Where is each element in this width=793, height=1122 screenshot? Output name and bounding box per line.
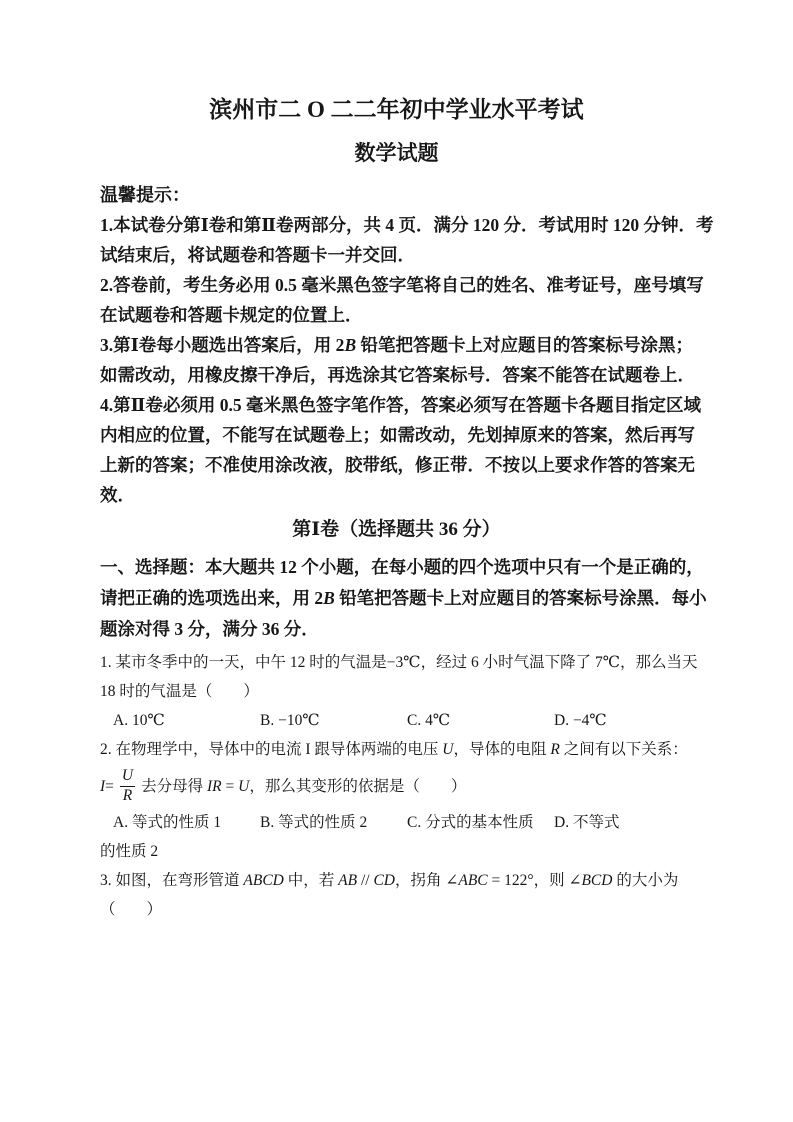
question-3: 3. 如图，在弯形管道 ABCD 中，若 AB // CD，拐角 ∠ABC = … <box>100 866 693 924</box>
q1-text-line-2: 18 时的气温是（ ） <box>100 677 693 706</box>
notice-line-8: 内相应的位置，不能写在试题卷上；如需改动，先划掉原来的答案，然后再写 <box>100 420 693 450</box>
multiple-choice-intro: 一、选择题：本大题共 12 个小题，在每小题的四个选项中只有一个是正确的， 请把… <box>100 552 693 645</box>
question-2: 2. 在物理学中，导体中的电流 I 跟导体两端的电压 U，导体的电阻 R 之间有… <box>100 735 693 866</box>
notice-line-4: 在试题卷和答题卡规定的位置上． <box>100 300 693 330</box>
notice-section: 温馨提示： 1.本试卷分第Ⅰ卷和第Ⅱ卷两部分，共 4 页．满分 120 分．考试… <box>100 180 693 510</box>
notice-line-10: 效． <box>100 480 693 510</box>
q2-formula-line: I = U R 去分母得 IR = U，那么其变形的依据是（ ） <box>100 764 693 808</box>
intro-line-1: 一、选择题：本大题共 12 个小题，在每小题的四个选项中只有一个是正确的， <box>100 552 693 583</box>
q1-option-d: D. −4℃ <box>554 706 607 735</box>
notice-line-2: 试结束后，将试题卷和答题卡一并交回． <box>100 240 693 270</box>
question-1: 1. 某市冬季中的一天，中午 12 时的气温是−3℃，经过 6 小时气温下降了 … <box>100 648 693 735</box>
notice-line-1: 1.本试卷分第Ⅰ卷和第Ⅱ卷两部分，共 4 页．满分 120 分．考试用时 120… <box>100 210 693 240</box>
q2-option-a: A. 等式的性质 1 <box>113 808 260 837</box>
exam-paper-page: 滨州市二 O 二二年初中学业水平考试 数学试题 温馨提示： 1.本试卷分第Ⅰ卷和… <box>0 0 793 1122</box>
formula-equals-sign: = <box>105 772 114 801</box>
q1-text-line-1: 1. 某市冬季中的一天，中午 12 时的气温是−3℃，经过 6 小时气温下降了 … <box>100 648 693 677</box>
exam-subtitle: 数学试题 <box>100 138 693 168</box>
notice-line-7: 4.第Ⅱ卷必须用 0.5 毫米黑色签字笔作答，答案必须写在答题卡各题目指定区域 <box>100 390 693 420</box>
q2-formula-rest: 去分母得 IR = U，那么其变形的依据是（ ） <box>141 772 466 801</box>
notice-line-5: 3.第Ⅰ卷每小题选出答案后，用 2B 铅笔把答题卡上对应题目的答案标号涂黑； <box>100 330 693 360</box>
q3-text-line-1: 3. 如图，在弯形管道 ABCD 中，若 AB // CD，拐角 ∠ABC = … <box>100 866 693 895</box>
intro-line-3: 题涂对得 3 分，满分 36 分． <box>100 614 693 645</box>
notice-heading: 温馨提示： <box>100 180 693 210</box>
exam-title: 滨州市二 O 二二年初中学业水平考试 <box>100 95 693 125</box>
fraction: U R <box>119 767 136 805</box>
q2-option-d-continuation: 的性质 2 <box>100 837 693 866</box>
q2-option-b: B. 等式的性质 2 <box>260 808 407 837</box>
section1-heading: 第Ⅰ卷（选择题共 36 分） <box>100 515 693 545</box>
q2-text-line-1: 2. 在物理学中，导体中的电流 I 跟导体两端的电压 U，导体的电阻 R 之间有… <box>100 735 693 764</box>
notice-line-9: 上新的答案；不准使用涂改液，胶带纸，修正带．不按以上要求作答的答案无 <box>100 450 693 480</box>
q2-options: A. 等式的性质 1 B. 等式的性质 2 C. 分式的基本性质 D. 不等式 <box>100 808 693 837</box>
q3-text-line-2: （ ） <box>100 895 693 924</box>
q1-option-a: A. 10℃ <box>113 706 260 735</box>
intro-line-2: 请把正确的选项选出来，用 2B 铅笔把答题卡上对应题目的答案标号涂黑．每小 <box>100 583 693 614</box>
q2-option-d: D. 不等式 <box>554 808 619 837</box>
q1-options: A. 10℃ B. −10℃ C. 4℃ D. −4℃ <box>100 706 693 735</box>
notice-line-3: 2.答卷前，考生务必用 0.5 毫米黑色签字笔将自己的姓名、准考证号，座号填写 <box>100 270 693 300</box>
fraction-numerator: U <box>119 767 136 786</box>
q2-option-c: C. 分式的基本性质 <box>407 808 554 837</box>
q1-option-c: C. 4℃ <box>407 706 554 735</box>
fraction-denominator: R <box>120 786 135 806</box>
notice-line-6: 如需改动，用橡皮擦干净后，再选涂其它答案标号．答案不能答在试题卷上． <box>100 360 693 390</box>
q1-option-b: B. −10℃ <box>260 706 407 735</box>
